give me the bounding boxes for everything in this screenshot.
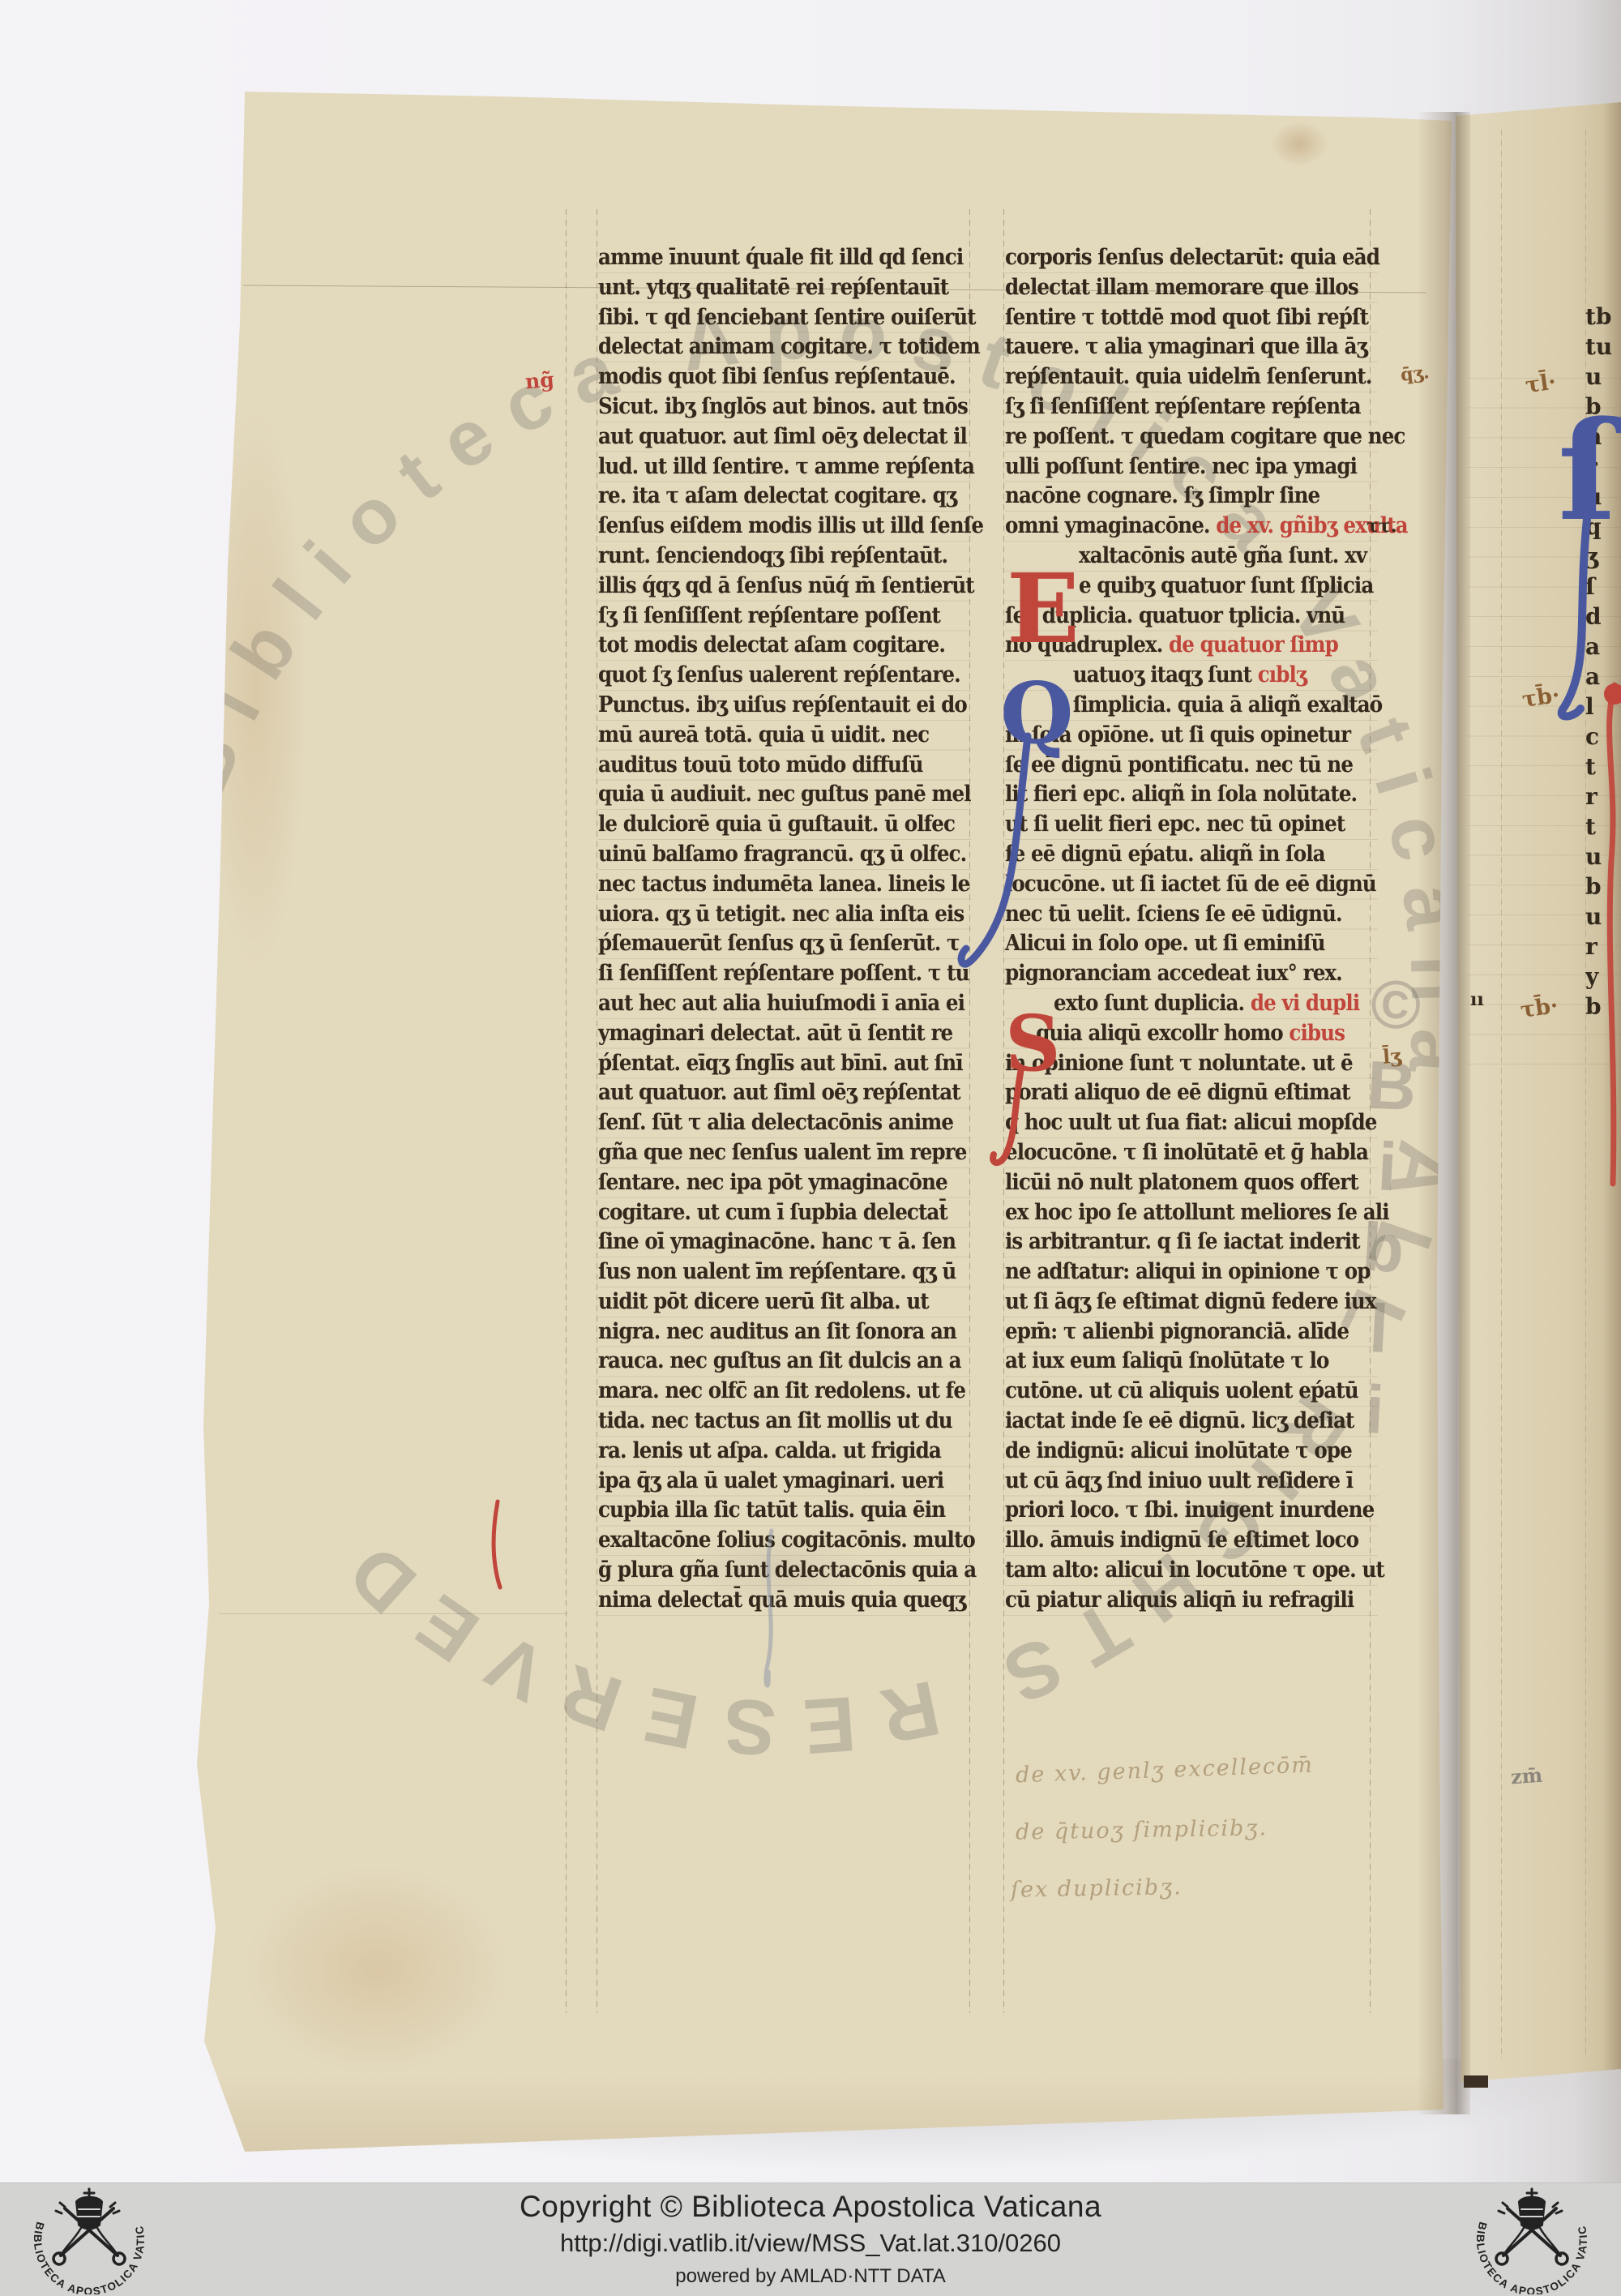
body-text: gña que nec ſenſus ualent īm repre [598,1140,966,1165]
body-text: tida. nec tactus an ſit mollis ut du [598,1408,952,1433]
manuscript-text-line: ſus non ualent īm reṕſentare. qʒ ū [598,1257,938,1287]
manuscript-text-line: ſe eē dignū eṕatu. aliqñ in ſola [1005,840,1345,870]
manuscript-text-line: mara. nec olfc̄ an ſit redolens. ut fe [598,1377,938,1407]
body-text: delectat animam cogitare. τ totidem [598,334,980,359]
body-text: in opinione ſunt τ noluntate. ut ē [1005,1051,1353,1076]
source-url[interactable]: http://digi.vatlib.it/view/MSS_Vat.lat.3… [0,2229,1621,2258]
body-text: exto ſunt duplicia. [1054,991,1251,1016]
manuscript-text-line: ſenſus eiſdem modis illis ut illd ſenſe [598,512,938,542]
manuscript-text-line: tot modis delectat aſam cogitare. [598,631,938,661]
manuscript-text-line: priori loco. τ ſbi. inuigent inurdene [1005,1496,1345,1526]
manuscript-text-line: ipa q̄ʒ ala ū ualet ymaginari. ueri [598,1467,938,1497]
body-text: runt. ſenciendoqʒ ſibi reṕſentaūt. [598,543,947,568]
body-text: ra. lenis ut aſpa. calda. ut frigida [598,1438,941,1463]
manuscript-text-line: q hoc uult ut ſua fiat: alicui mopſde [1005,1108,1345,1138]
manuscript-text-line: ymaginari delectat. aūt ū ſentit re [598,1019,938,1049]
body-text: e quibʒ quatuor ſunt ſſplicia [1079,573,1373,598]
text-column-right: corporis ſenſus delectarūt: quia eāddele… [1005,243,1378,1616]
body-text: ſenſ. ſūt τ alia delectacōnis anime [598,1110,953,1135]
manuscript-text-line: tida. nec tactus an ſit mollis ut du [598,1407,938,1437]
body-text: re. ita τ aſam delectat cogitare. qʒ [598,483,956,508]
manuscript-text-line: delectat illam memorare que illos [1005,273,1345,303]
margin-gloss: τb̄· [1520,683,1561,713]
manuscript-text-line: ſʒ ſi ſenſiſſent reṕſentare poſſent [598,602,938,632]
manuscript-text-line: locucōne. ut ſi iactet ſū de eē dignū [1005,870,1345,900]
manuscript-text-line: epm̄: τ alienbi pignoranciā. alīde [1005,1317,1345,1347]
manuscript-text-line: Alicui in ſolo ope. ut ſi eminiſū [1005,929,1345,959]
manuscript-text-line: reṕſentauit. quia uidelm̄ ſenſerunt. [1005,362,1345,392]
body-text: aut hec aut alia huiuſmodi ī anīa ei [598,991,964,1016]
manuscript-text-line: runt. ſenciendoqʒ ſibi reṕſentaūt. [598,542,938,572]
manuscript-text-line: ut cū āqʒ ſnd iniuo uult reſidere ī [1005,1467,1345,1497]
manuscript-text-line: in opinione ſunt τ noluntate. ut ē [1005,1049,1345,1079]
manuscript-text-line: nec tactus indumēta lanea. lineis le [598,870,938,900]
manuscript-text-line: in ſola opīōne. ut ſi quis opinetur [1005,721,1345,751]
manuscript-text-line: uidit pōt dicere uerū ſit alba. ut [598,1287,938,1317]
body-text: ſe eē dignū eṕatu. aliqñ in ſola [1005,842,1325,867]
body-text: ſʒ ſi ſenſiſſent reṕſentare reṕſenta [1005,394,1361,419]
body-text: le dulciorē quia ū guſtauit. ū olfec [598,812,955,837]
ruling-line [597,209,597,2013]
book-gutter-shadow [1417,112,1470,2114]
manuscript-text-line: de indignū: alicui inolūtate τ ope [1005,1437,1345,1467]
body-text: ſimplicia. quia ā aliqñ exaltaō [1073,692,1383,717]
manuscript-text-line: ṕſentat. eīqʒ ſnglīs aut bīnī. aut ſnī [598,1049,938,1079]
body-text: nacōne cognare. ſʒ ſimplr ſine [1005,483,1319,508]
manuscript-text-line: ulli poſſunt ſentire. nec ipa ymagi [1005,452,1345,482]
manuscript-text-line: tam alto: alicui in locutōne τ ope. ut [1005,1556,1345,1586]
rubric-text: de quatuor ſimp [1169,632,1338,658]
body-text: ex hoc ipo ſe attollunt meliores ſe ali [1005,1200,1389,1225]
clipped-text-column: tbtuubñruqʒſdaalctrtuburyb [1585,302,1621,1031]
crossed-keys-tiara-icon [53,2189,125,2264]
manuscript-text-line: ut ſi uelit fieri epc. nec tū opinet [1005,810,1345,840]
body-text: elocucōne. τ ſi inolūtatē et ḡ habla [1005,1140,1368,1165]
body-text: porati aliquo de eē dignū eſtimat [1005,1080,1350,1105]
manuscript-text-line: elocucōne. τ ſi inolūtatē et ḡ habla [1005,1138,1345,1168]
manuscript-text-line: iactat inde ſe eē dignū. licʒ deſiat [1005,1407,1345,1437]
body-text: ſentare. nec ipa pōt ymaginacōne [598,1170,947,1195]
footer-text-block: Copyright © Biblioteca Apostolica Vatica… [0,2190,1621,2288]
body-text: mara. nec olfc̄ an ſit redolens. ut fe [598,1378,965,1403]
manuscript-text-line: omni ymaginacōne. de xv. gñibʒ exulta [1005,512,1345,542]
body-text: ſenſus eiſdem modis illis ut illd ſenſe [598,513,983,538]
clipped-text-fragment: ſ [1585,572,1621,602]
body-text: is arbitrantur. q ſi ſe iactat inderit [1005,1229,1360,1254]
manuscript-text-line: ut ſi āqʒ ſe eſtimat dignū federe iux [1005,1287,1345,1317]
body-text: re poſſent. τ quedam cogitare que nec [1005,424,1405,449]
manuscript-text-line: illo. āmuis indignū ſe eſtimet loco [1005,1526,1345,1556]
clipped-text-fragment: c [1585,722,1621,752]
manuscript-text-line: no quadruplex. de quatuor ſimp [1005,631,1345,661]
manuscript-text-line: auditus touū toto mūdo diffuſū [598,751,938,781]
clipped-text-fragment: t [1585,812,1621,842]
body-text: ut ſi uelit fieri epc. nec tū opinet [1005,812,1345,837]
vatican-library-logo: BIBLIOTECA APOSTOLICA VATICANA [1459,2186,1605,2294]
body-text: auditus touū toto mūdo diffuſū [598,752,923,777]
body-text: omni ymaginacōne. [1005,513,1216,538]
manuscript-text-line: corporis ſenſus delectarūt: quia eād [1005,243,1345,273]
manuscript-text-line: quot ſʒ ſenſus ualerent reṕſentare. [598,661,938,691]
clipped-text-fragment: ʒ [1585,542,1621,572]
body-text: ut ſi āqʒ ſe eſtimat dignū federe iux [1005,1289,1376,1314]
manuscript-text-line: rauca. nec guſtus an ſit dulcis an a [598,1347,938,1377]
body-text: reṕſentauit. quia uidelm̄ ſenſerunt. [1005,364,1371,389]
body-text: nima delectat̄ quā muis quia queqʒ [598,1587,965,1613]
body-text: cū piatur aliquis aliqn̄ iu refragili [1005,1587,1354,1613]
manuscript-text-line: ſine oī ymaginacōne. hanc τ ā. ſen [598,1227,938,1257]
text-column-left: amme īnuunt q́uale fit illd qd ſenciunt.… [598,243,971,1616]
body-text: de indignū: alicui inolūtate τ ope [1005,1438,1352,1463]
manuscript-text-line: pignoranciam accedeat iux° rex. [1005,959,1345,989]
clipped-text-fragment: u [1585,842,1621,872]
body-text: at iux eum ſaliqū ſnolūtate τ lo [1005,1348,1329,1373]
ruling-line [1003,209,1004,2013]
body-text: ḡ plura gña ſunt delectacōnis quia a [598,1557,976,1583]
clipped-text-fragment: y [1585,962,1621,992]
body-text: cogitare. ut cum ī ſupbia delectat̄ [598,1200,947,1225]
manuscript-left-page: © Biblioteca Apostolica Vaticana ALL RIG… [0,0,1621,2185]
manuscript-text-line: Punctus. ibʒ uiſus reṕſentauit ei do [598,691,938,721]
body-text: ſus non ualent īm reṕſentare. qʒ ū [598,1259,956,1284]
body-text: ymaginari delectat. aūt ū ſentit re [598,1021,952,1046]
body-text: amme īnuunt q́uale fit illd qd ſenci [598,245,963,270]
manuscript-text-line: re. ita τ aſam delectat cogitare. qʒ [598,482,938,512]
margin-gloss: τl̄· [1524,370,1558,399]
body-text: uatuoʒ itaqʒ ſunt [1073,662,1258,688]
body-text: licūi nō nult platonem quos offert [1005,1170,1358,1195]
body-text: uinū balſamo fragrancū. qʒ ū olfec. [598,842,966,867]
body-text: ſibi. τ qd ſenciebant ſentire ouiſerūt [598,305,976,330]
manuscript-text-line: xaltacōnis autē gña ſunt. xv [1005,542,1345,572]
manuscript-text-line: ſi ſenſiſſent reṕſentare poſſent. τ tū [598,959,938,989]
manuscript-text-line: nec tū uelit. ſciens ſe eē ūdignū. [1005,900,1345,930]
margin-gloss: ng̃ [524,368,555,394]
body-text: epm̄: τ alienbi pignoranciā. alīde [1005,1319,1349,1344]
manuscript-text-line: mū aureā totā. quia ū uidit. nec [598,721,938,751]
manuscript-text-line: illis q́qʒ qd ā ſenſus nūq́ m̄ ſentierūt [598,572,938,602]
clipped-text-fragment: ñ [1585,422,1621,452]
footer-bar: Copyright © Biblioteca Apostolica Vatica… [0,2182,1621,2296]
manuscript-text-line: unt. ytqʒ qualitatē rei reṕſentauīt [598,273,938,303]
clipped-text-fragment: b [1585,872,1621,902]
clipped-text-fragment: q [1585,512,1621,542]
body-text: nigra. nec auditus an ſit ſonora an [598,1319,956,1344]
faint-marginal-note: ſex duplicibʒ. [1011,1874,1183,1903]
manuscript-text-line: quia ū audiuit. nec guſtus panē mel [598,780,938,810]
clipped-text-fragment: r [1585,452,1621,482]
body-text: tam alto: alicui in locutōne τ ope. ut [1005,1557,1384,1583]
manuscript-text-line: ſex duplicia. quatuor tplicia. vnū [1005,602,1345,632]
body-text: mū aureā totā. quia ū uidit. nec [598,722,929,747]
manuscript-viewer: © Biblioteca Apostolica Vaticana ALL RIG… [0,0,1621,2296]
body-text: cupbia illa ſic tatūt talis. quia ēin [598,1497,945,1523]
manuscript-text-line: ſentare. nec ipa pōt ymaginacōne [598,1168,938,1198]
manuscript-text-line: ḡ plura gña ſunt delectacōnis quia a [598,1556,938,1586]
manuscript-text-line: delectat animam cogitare. τ totidem [598,332,938,362]
body-text: unt. ytqʒ qualitatē rei reṕſentauīt [598,275,948,300]
manuscript-text-line: tauere. τ alia ymaginari que illa āʒ [1005,332,1345,362]
body-text: q hoc uult ut ſua fiat: alicui mopſde [1005,1110,1377,1135]
manuscript-text-line: ſimplicia. quia ā aliqñ exaltaō [1005,691,1345,721]
clipped-text-fragment: t [1585,752,1621,782]
margin-gloss: ıı [1470,989,1484,1010]
manuscript-text-line: ra. lenis ut aſpa. calda. ut frigida [598,1437,938,1467]
manuscript-text-line: exto ſunt duplicia. de vi dupli [1005,989,1345,1019]
manuscript-text-line: cutōne. ut cū aliquis uolent eṕatū [1005,1377,1345,1407]
body-text: ſentire τ tottdē mod quot ſibi reṕſt [1005,305,1368,330]
manuscript-text-line: cū piatur aliquis aliqn̄ iu refragili [1005,1586,1345,1616]
body-text: quia ū audiuit. nec guſtus panē mel [598,782,971,807]
manuscript-text-line: ſenſ. ſūt τ alia delectacōnis anime [598,1108,938,1138]
manuscript-text-line: uatuoʒ itaqʒ ſunt cıblʒ [1005,661,1345,691]
body-text: ṕſemauerūt ſenſus qʒ ū ſenſerūt. τ [598,931,960,956]
faint-marginal-note: de q̄tuoʒ ſimplicibʒ. [1016,1815,1268,1844]
body-text: xaltacōnis autē gña ſunt. xv [1079,543,1367,568]
clipped-text-fragment: u [1585,482,1621,512]
manuscript-text-line: ſibi. τ qd ſenciebant ſentire ouiſerūt [598,303,938,333]
manuscript-text-line: cupbia illa ſic tatūt talis. quia ēin [598,1496,938,1526]
manuscript-text-line: e quibʒ quatuor ſunt ſſplicia [1005,572,1345,602]
manuscript-text-line: gña que nec ſenſus ualent īm repre [598,1138,938,1168]
rubric-text: cıblʒ [1258,662,1307,688]
body-text: iactat inde ſe eē dignū. licʒ deſiat [1005,1408,1354,1433]
body-text: quia aliqū excollr homo [1036,1021,1289,1046]
margin-gloss: τb̄· [1519,993,1559,1023]
rubric-text: cibus [1289,1021,1345,1046]
clipped-text-fragment: tb [1585,302,1621,332]
body-text: ulli poſſunt ſentire. nec ipa ymagi [1005,454,1357,479]
crossed-keys-tiara-icon [1496,2189,1568,2264]
body-text: ne adſtatur: aliqui in opinione τ op [1005,1259,1370,1284]
body-text: corporis ſenſus delectarūt: quia eād [1005,245,1379,270]
manuscript-text-line: porati aliquo de eē dignū eſtimat [1005,1078,1345,1108]
copyright-line: Copyright © Biblioteca Apostolica Vatica… [0,2190,1621,2224]
manuscript-text-line: is arbitrantur. q ſi ſe iactat inderit [1005,1227,1345,1257]
manuscript-text-line: modis quot ſibi ſenſus reṕſentauē. [598,362,938,392]
manuscript-text-line: at iux eum ſaliqū ſnolūtate τ lo [1005,1347,1345,1377]
clipped-text-fragment: b [1585,392,1621,422]
body-text: illo. āmuis indignū ſe eſtimet loco [1005,1527,1358,1553]
body-text: delectat illam memorare que illos [1005,275,1358,300]
manuscript-text-line: lud. ut illd ſentire. τ amme reṕſenta [598,452,938,482]
body-text: ſe eē dignū pontificatu. nec tū ne [1005,752,1353,777]
manuscript-text-line: ſʒ ſi ſenſiſſent reṕſentare reṕſenta [1005,392,1345,422]
body-text: nec tū uelit. ſciens ſe eē ūdignū. [1005,902,1342,927]
body-text: aut quatuor. aut ſiml oēʒ reṕſentat [598,1080,960,1105]
manuscript-text-line: ſe eē dignū pontificatu. nec tū ne [1005,751,1345,781]
body-text: nec tactus indumēta lanea. lineis le [598,872,969,897]
body-text: quot ſʒ ſenſus ualerent reṕſentare. [598,662,960,688]
manuscript-text-line: cogitare. ut cum ī ſupbia delectat̄ [598,1198,938,1228]
margin-gloss: ττ. [1367,516,1396,537]
manuscript-text-line: re poſſent. τ quedam cogitare que nec [1005,422,1345,452]
manuscript-text-line: ṕſemauerūt ſenſus qʒ ū ſenſerūt. τ [598,929,938,959]
manuscript-text-line: amme īnuunt q́uale fit illd qd ſenci [598,243,938,273]
manuscript-text-line: aut quatuor. aut ſiml oēʒ reṕſentat [598,1078,938,1108]
body-text: Punctus. ibʒ uiſus reṕſentauit ei do [598,692,967,717]
manuscript-text-line: Sicut. ibʒ ſnglōs aut binos. aut tnōs [598,392,938,422]
clipped-text-fragment: u [1585,362,1621,392]
body-text: illis q́qʒ qd ā ſenſus nūq́ m̄ ſentierūt [598,573,974,598]
margin-gloss: zm̄ [1510,1763,1543,1789]
clipped-text-fragment: u [1585,902,1621,932]
clipped-text-fragment: b [1585,992,1621,1022]
body-text: ſine oī ymaginacōne. hanc τ ā. ſen [598,1229,956,1254]
clipped-text-fragment: a [1585,662,1621,692]
body-text: ipa q̄ʒ ala ū ualet ymaginari. ueri [598,1468,943,1493]
manuscript-text-line: ſentire τ tottdē mod quot ſibi reṕſt [1005,303,1345,333]
clipped-text-fragment: l [1585,692,1621,722]
body-text: ſi ſenſiſſent reṕſentare poſſent. τ tū [598,961,969,986]
clipped-text-fragment: tu [1585,332,1621,362]
vatican-library-logo: BIBLIOTECA APOSTOLICA VATICANA [16,2186,162,2294]
body-text: uiora. qʒ ū tetigit. nec alia inſta eis [598,902,964,927]
body-text: pignoranciam accedeat iux° rex. [1005,961,1342,986]
body-text: locucōne. ut ſi iactet ſū de eē dignū [1005,872,1376,897]
body-text: aut quatuor. aut ſiml oēʒ delectat il [598,424,967,449]
body-text: exaltacōne ſolius cogitacōnis. multo [598,1527,975,1553]
body-text: ſʒ ſi ſenſiſſent reṕſentare poſſent [598,603,940,628]
body-text: rauca. nec guſtus an ſit dulcis an a [598,1348,961,1373]
clipped-text-fragment: r [1585,932,1621,962]
rubric-text: de vi dupli [1251,991,1359,1016]
body-text: ṕſentat. eīqʒ ſnglīs aut bīnī. aut ſnī [598,1051,963,1076]
manuscript-text-line: uinū balſamo fragrancū. qʒ ū olfec. [598,840,938,870]
body-text: lud. ut illd ſentire. τ amme reṕſenta [598,454,974,479]
binding-tab [1464,2075,1488,2088]
body-text: tot modis delectat aſam cogitare. [598,632,945,658]
body-text: ut cū āqʒ ſnd iniuo uult reſidere ī [1005,1468,1353,1493]
manuscript-text-line: nima delectat̄ quā muis quia queqʒ [598,1586,938,1616]
manuscript-text-line: nigra. nec auditus an ſit ſonora an [598,1317,938,1347]
body-text: priori loco. τ ſbi. inuigent inurdene [1005,1497,1374,1523]
body-text: lit fieri epc. aliqñ in ſola nolūtate. [1005,782,1357,807]
ruling-line [219,1613,567,1614]
powered-by-line: powered by AMLAD·NTT DATA [0,2265,1621,2288]
manuscript-text-line: quia aliqū excollr homo cibus [1005,1019,1345,1049]
manuscript-text-line: aut quatuor. aut ſiml oēʒ delectat il [598,422,938,452]
manuscript-text-line: aut hec aut alia huiuſmodi ī anīa ei [598,989,938,1019]
manuscript-text-line: exaltacōne ſolius cogitacōnis. multo [598,1526,938,1556]
margin-gloss: l̄ʒ [1382,1043,1402,1069]
clipped-text-fragment: d [1585,602,1621,632]
clipped-text-fragment: r [1585,782,1621,812]
body-text: ſex duplicia. quatuor tplicia. vnū [1005,603,1345,628]
body-text: in ſola opīōne. ut ſi quis opinetur [1005,722,1350,747]
clipped-text-fragment: a [1585,632,1621,662]
manuscript-text-line: licūi nō nult platonem quos offert [1005,1168,1345,1198]
body-text: tauere. τ alia ymaginari que illa āʒ [1005,334,1367,359]
body-text: Alicui in ſolo ope. ut ſi eminiſū [1005,931,1325,956]
body-text: Sicut. ibʒ ſnglōs aut binos. aut tnōs [598,394,968,419]
manuscript-text-line: lit fieri epc. aliqñ in ſola nolūtate. [1005,780,1345,810]
manuscript-text-line: le dulciorē quia ū guſtauit. ū olfec [598,810,938,840]
manuscript-text-line: nacōne cognare. ſʒ ſimplr ſine [1005,482,1345,512]
body-text: uidit pōt dicere uerū ſit alba. ut [598,1289,929,1314]
body-text: cutōne. ut cū aliquis uolent eṕatū [1005,1378,1358,1403]
manuscript-text-line: ne adſtatur: aliqui in opinione τ op [1005,1257,1345,1287]
ruling-line [566,209,567,2013]
body-text: modis quot ſibi ſenſus reṕſentauē. [598,364,956,389]
body-text: no quadruplex. [1005,632,1169,658]
manuscript-text-line: ex hoc ipo ſe attollunt meliores ſe ali [1005,1198,1345,1228]
manuscript-text-line: uiora. qʒ ū tetigit. nec alia inſta eis [598,900,938,930]
